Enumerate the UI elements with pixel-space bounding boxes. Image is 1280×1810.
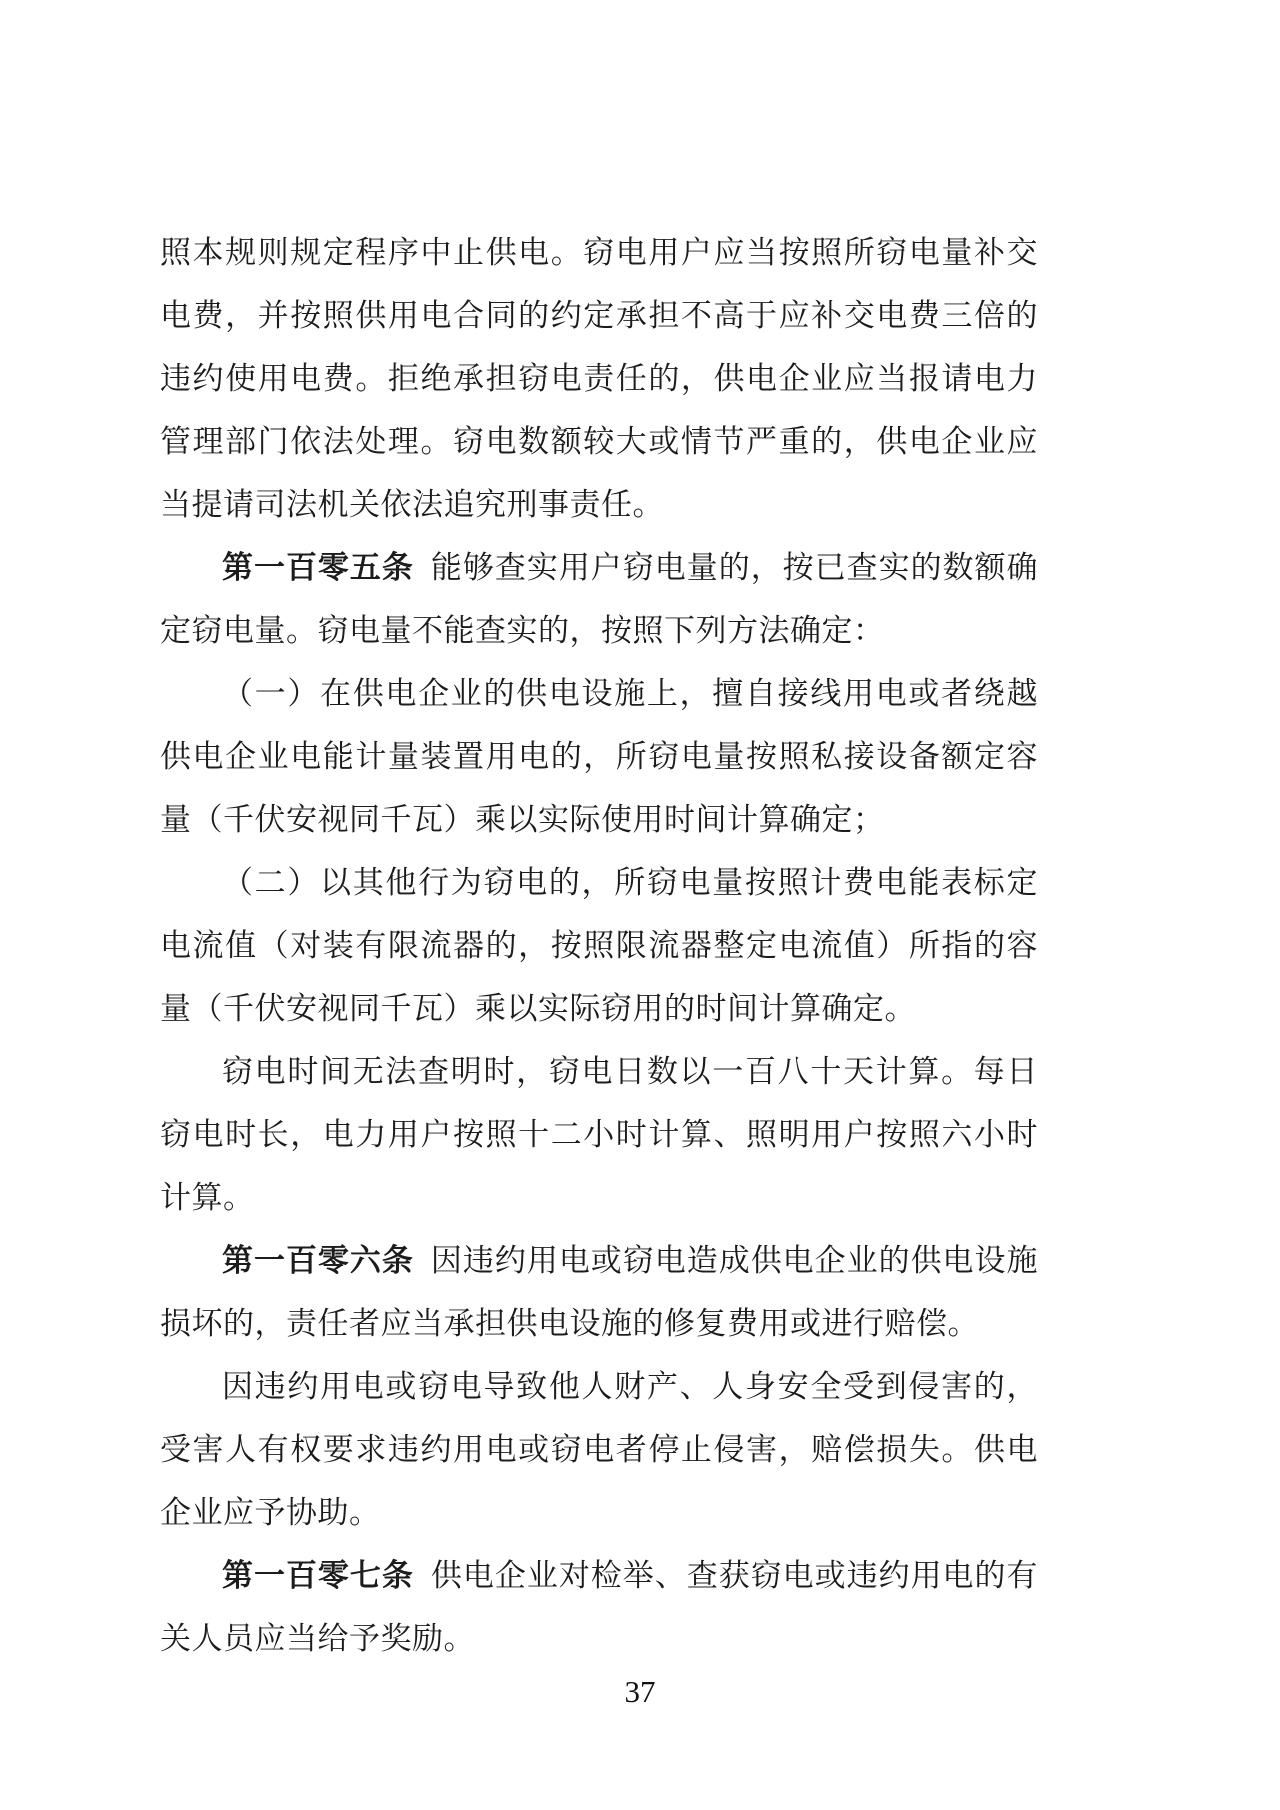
paragraph-article-105: 第一百零五条能够查实用户窃电量的，按已查实的数额确定窃电量。窃电量不能查实的，按… <box>160 536 1038 662</box>
paragraph-item-1: （一）在供电企业的供电设施上，擅自接线用电或者绕越供电企业电能计量装置用电的，所… <box>160 662 1038 851</box>
article-number: 第一百零七条 <box>222 1558 414 1593</box>
paragraph-text: 因违约用电或窃电导致他人财产、人身安全受到侵害的，受害人有权要求违约用电或窃电者… <box>160 1369 1038 1530</box>
paragraph-text: （二）以其他行为窃电的，所窃电量按照计费电能表标定电流值（对装有限流器的，按照限… <box>160 865 1038 1026</box>
document-page: 照本规则规定程序中止供电。窃电用户应当按照所窃电量补交电费，并按照供用电合同的约… <box>0 0 1280 1810</box>
article-number: 第一百零五条 <box>222 550 414 585</box>
paragraph-item-2: （二）以其他行为窃电的，所窃电量按照计费电能表标定电流值（对装有限流器的，按照限… <box>160 851 1038 1040</box>
paragraph-text: 照本规则规定程序中止供电。窃电用户应当按照所窃电量补交电费，并按照供用电合同的约… <box>160 235 1038 522</box>
paragraph-body: 因违约用电或窃电导致他人财产、人身安全受到侵害的，受害人有权要求违约用电或窃电者… <box>160 1355 1038 1544</box>
page-number: 37 <box>0 1672 1280 1712</box>
paragraph-article-107: 第一百零七条供电企业对检举、查获窃电或违约用电的有关人员应当给予奖励。 <box>160 1544 1038 1670</box>
paragraph-continuation: 照本规则规定程序中止供电。窃电用户应当按照所窃电量补交电费，并按照供用电合同的约… <box>160 221 1038 536</box>
paragraph-text: 窃电时间无法查明时，窃电日数以一百八十天计算。每日窃电时长，电力用户按照十二小时… <box>160 1054 1038 1215</box>
paragraph-article-106: 第一百零六条因违约用电或窃电造成供电企业的供电设施损坏的，责任者应当承担供电设施… <box>160 1229 1038 1355</box>
paragraph-body: 窃电时间无法查明时，窃电日数以一百八十天计算。每日窃电时长，电力用户按照十二小时… <box>160 1040 1038 1229</box>
document-text-block: 照本规则规定程序中止供电。窃电用户应当按照所窃电量补交电费，并按照供用电合同的约… <box>160 221 1038 1670</box>
article-number: 第一百零六条 <box>222 1243 414 1278</box>
paragraph-text: （一）在供电企业的供电设施上，擅自接线用电或者绕越供电企业电能计量装置用电的，所… <box>160 676 1038 837</box>
